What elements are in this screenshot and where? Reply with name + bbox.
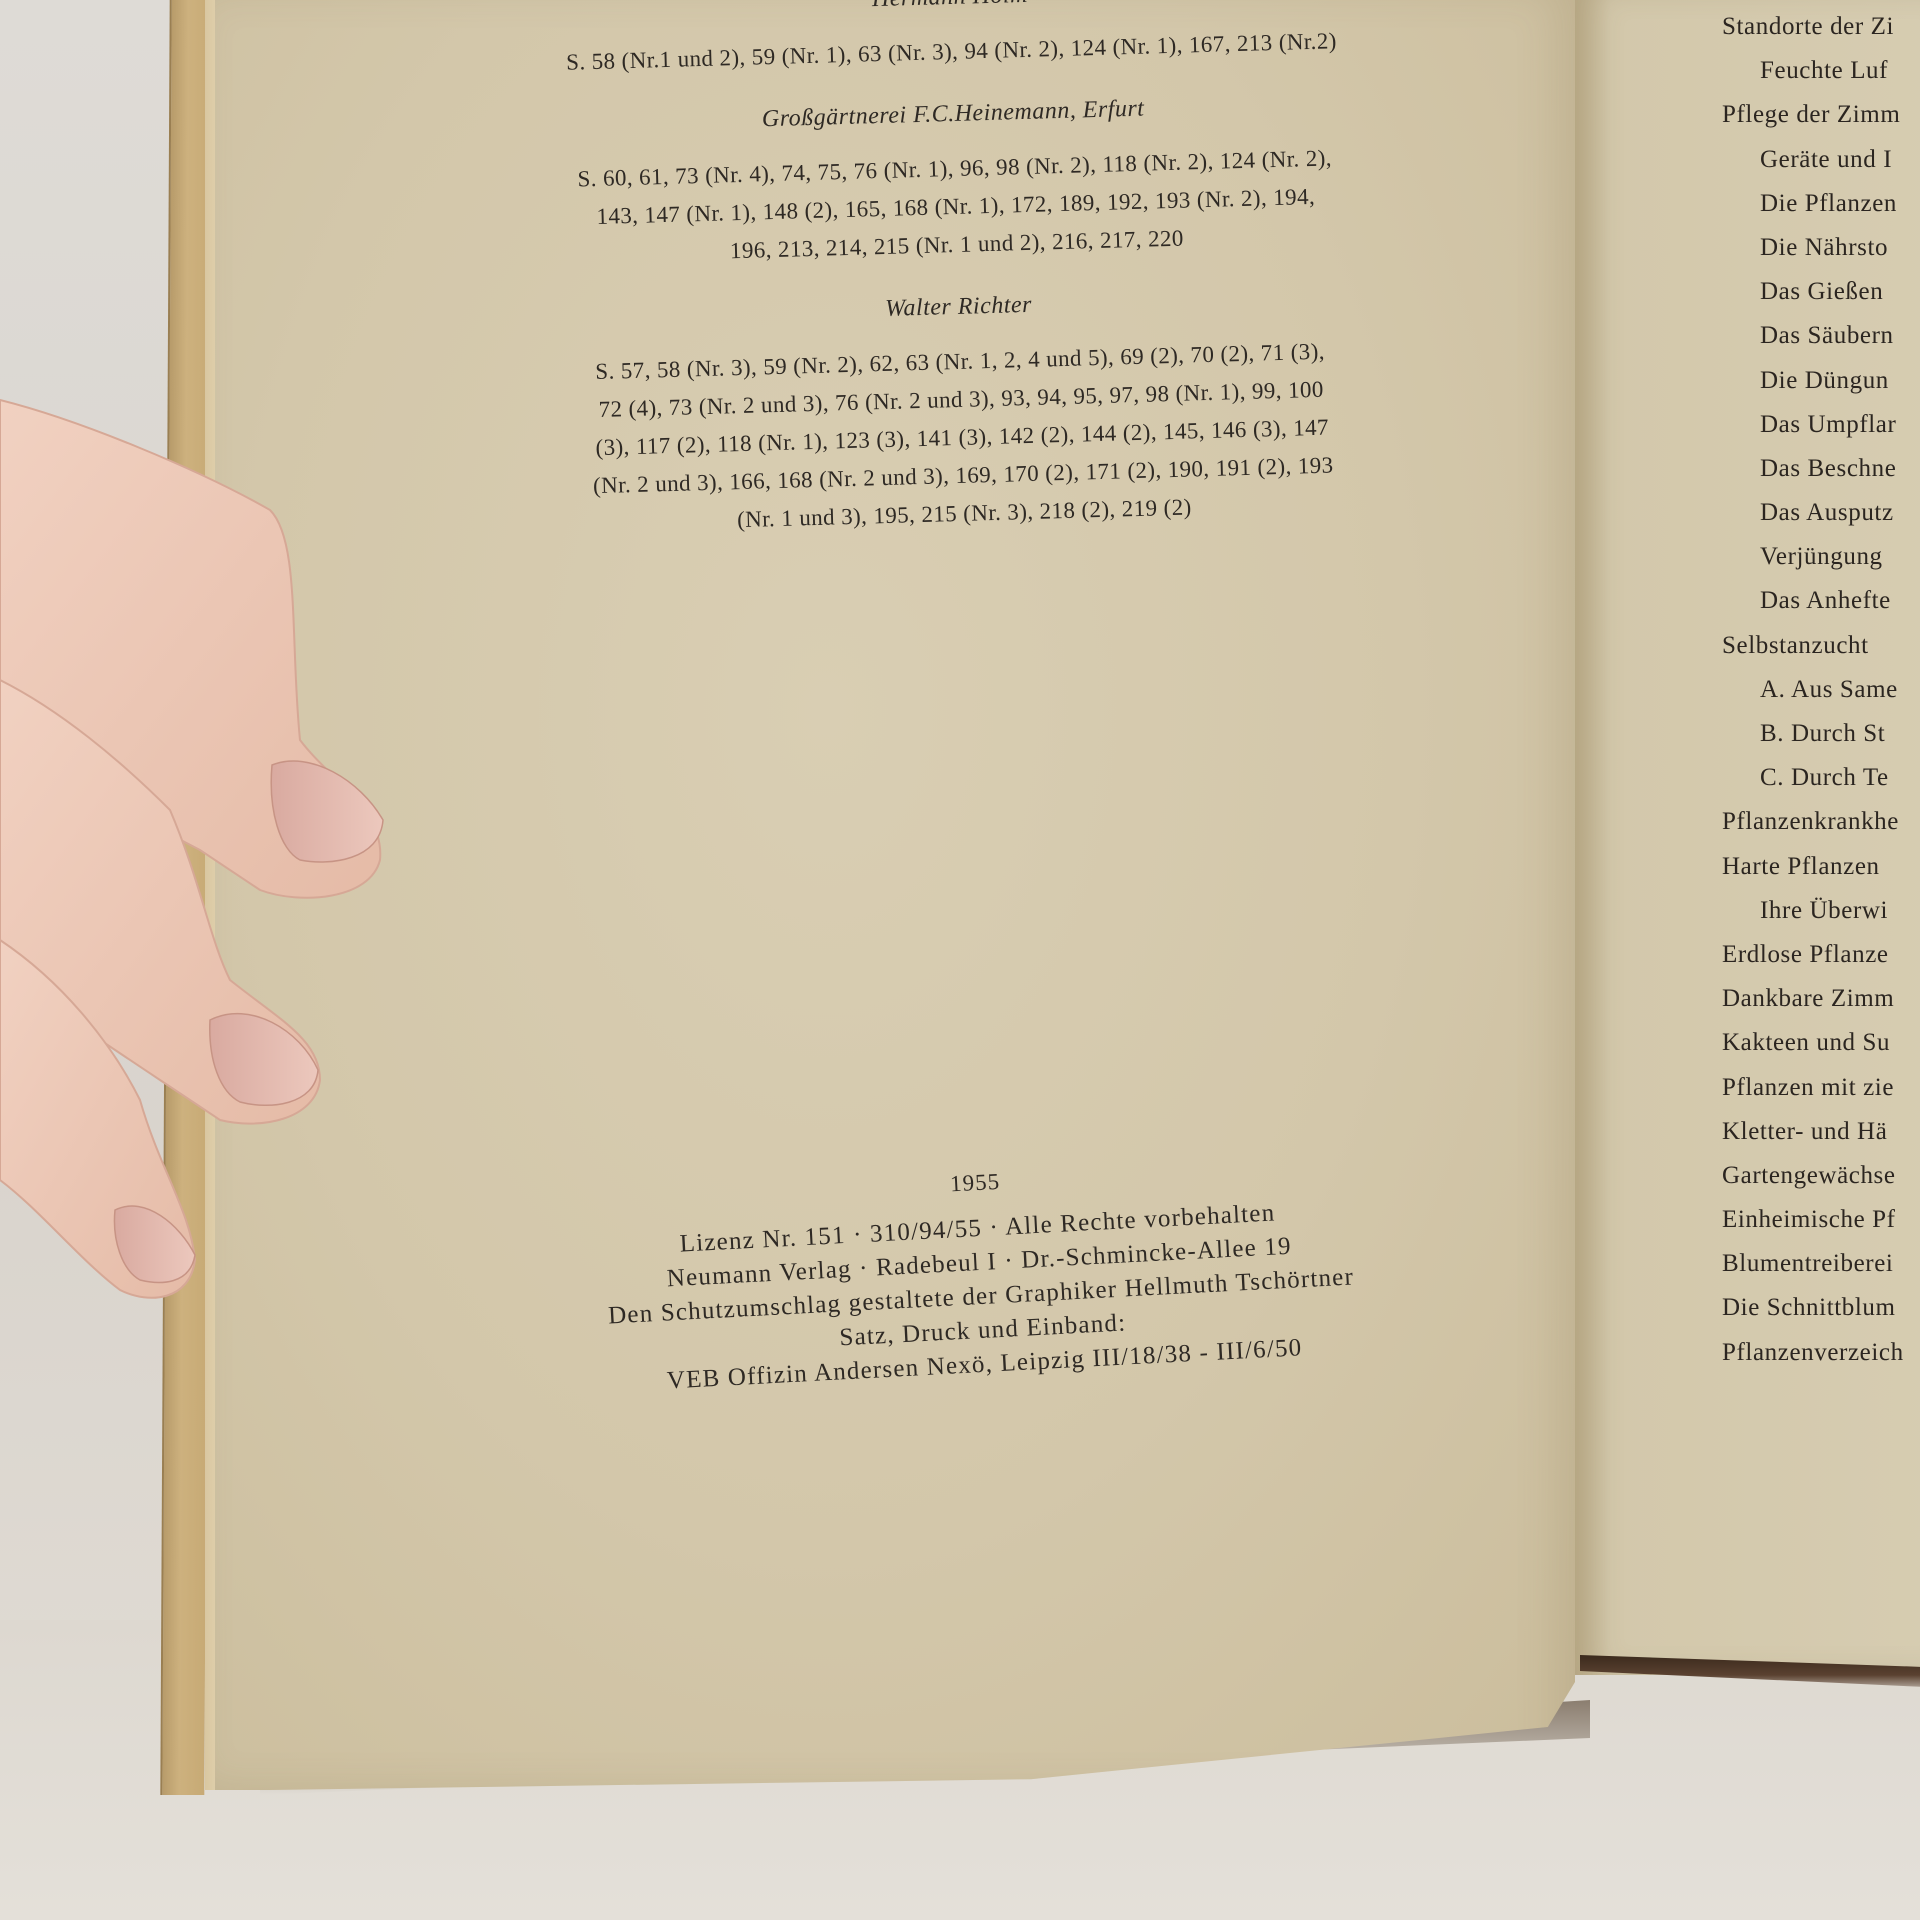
- credit-pages-line: S. 58 (Nr.1 und 2), 59 (Nr. 1), 63 (Nr. …: [471, 20, 1432, 85]
- toc-item: Blumentreiberei: [1720, 1242, 1920, 1286]
- toc-item: Pflanzenkrankhe: [1720, 800, 1920, 844]
- credit-name: Walter Richter: [478, 280, 1438, 334]
- toc-item: Selbstanzucht: [1720, 624, 1920, 668]
- toc-item: Einheimische Pf: [1720, 1198, 1920, 1242]
- toc-item: Gartengewächse: [1720, 1154, 1920, 1198]
- table-of-contents: Standorte der Zi Feuchte Luf Pflege der …: [1720, 5, 1920, 1375]
- toc-item: Erdlose Pflanze: [1720, 933, 1920, 977]
- toc-item: Die Schnittblum: [1720, 1286, 1920, 1330]
- credit-name: Großgärtnerei F.C.Heinemann, Erfurt: [473, 88, 1433, 142]
- toc-item: Die Pflanzen: [1720, 182, 1920, 226]
- toc-item: Das Ausputz: [1720, 491, 1920, 535]
- credit-block-heinemann: Großgärtnerei F.C.Heinemann, Erfurt S. 6…: [473, 88, 1437, 278]
- toc-item: Pflanzenverzeich: [1720, 1331, 1920, 1375]
- toc-item: Kletter- und Hä: [1720, 1110, 1920, 1154]
- toc-item: Das Säubern: [1720, 314, 1920, 358]
- toc-item: Das Beschne: [1720, 447, 1920, 491]
- toc-item: A. Aus Same: [1720, 668, 1920, 712]
- toc-item: Pflege der Zimm: [1720, 93, 1920, 137]
- credit-name: Hermann Holm: [470, 0, 1430, 24]
- toc-item: Standorte der Zi: [1720, 5, 1920, 49]
- toc-item: Kakteen und Su: [1720, 1021, 1920, 1065]
- toc-item: Feuchte Luf: [1720, 49, 1920, 93]
- toc-item: B. Durch St: [1720, 712, 1920, 756]
- toc-item: Das Umpflar: [1720, 403, 1920, 447]
- toc-item: Harte Pflanzen: [1720, 845, 1920, 889]
- toc-item: Das Gießen: [1720, 270, 1920, 314]
- credit-block-holm: Hermann Holm S. 58 (Nr.1 und 2), 59 (Nr.…: [470, 0, 1432, 84]
- toc-item: Geräte und I: [1720, 138, 1920, 182]
- toc-item: Das Anhefte: [1720, 579, 1920, 623]
- toc-item: Die Nährsto: [1720, 226, 1920, 270]
- photo-credits: Hermann Holm S. 58 (Nr.1 und 2), 59 (Nr.…: [470, 0, 1445, 576]
- book-photo: Hermann Holm S. 58 (Nr.1 und 2), 59 (Nr.…: [0, 0, 1920, 1920]
- toc-item: C. Durch Te: [1720, 756, 1920, 800]
- hand: [0, 380, 420, 1440]
- toc-item: Dankbare Zimm: [1720, 977, 1920, 1021]
- toc-item: Ihre Überwi: [1720, 889, 1920, 933]
- toc-item: Verjüngung: [1720, 535, 1920, 579]
- credit-block-richter: Walter Richter S. 57, 58 (Nr. 3), 59 (Nr…: [478, 280, 1444, 546]
- toc-item: Die Düngun: [1720, 359, 1920, 403]
- toc-item: Pflanzen mit zie: [1720, 1066, 1920, 1110]
